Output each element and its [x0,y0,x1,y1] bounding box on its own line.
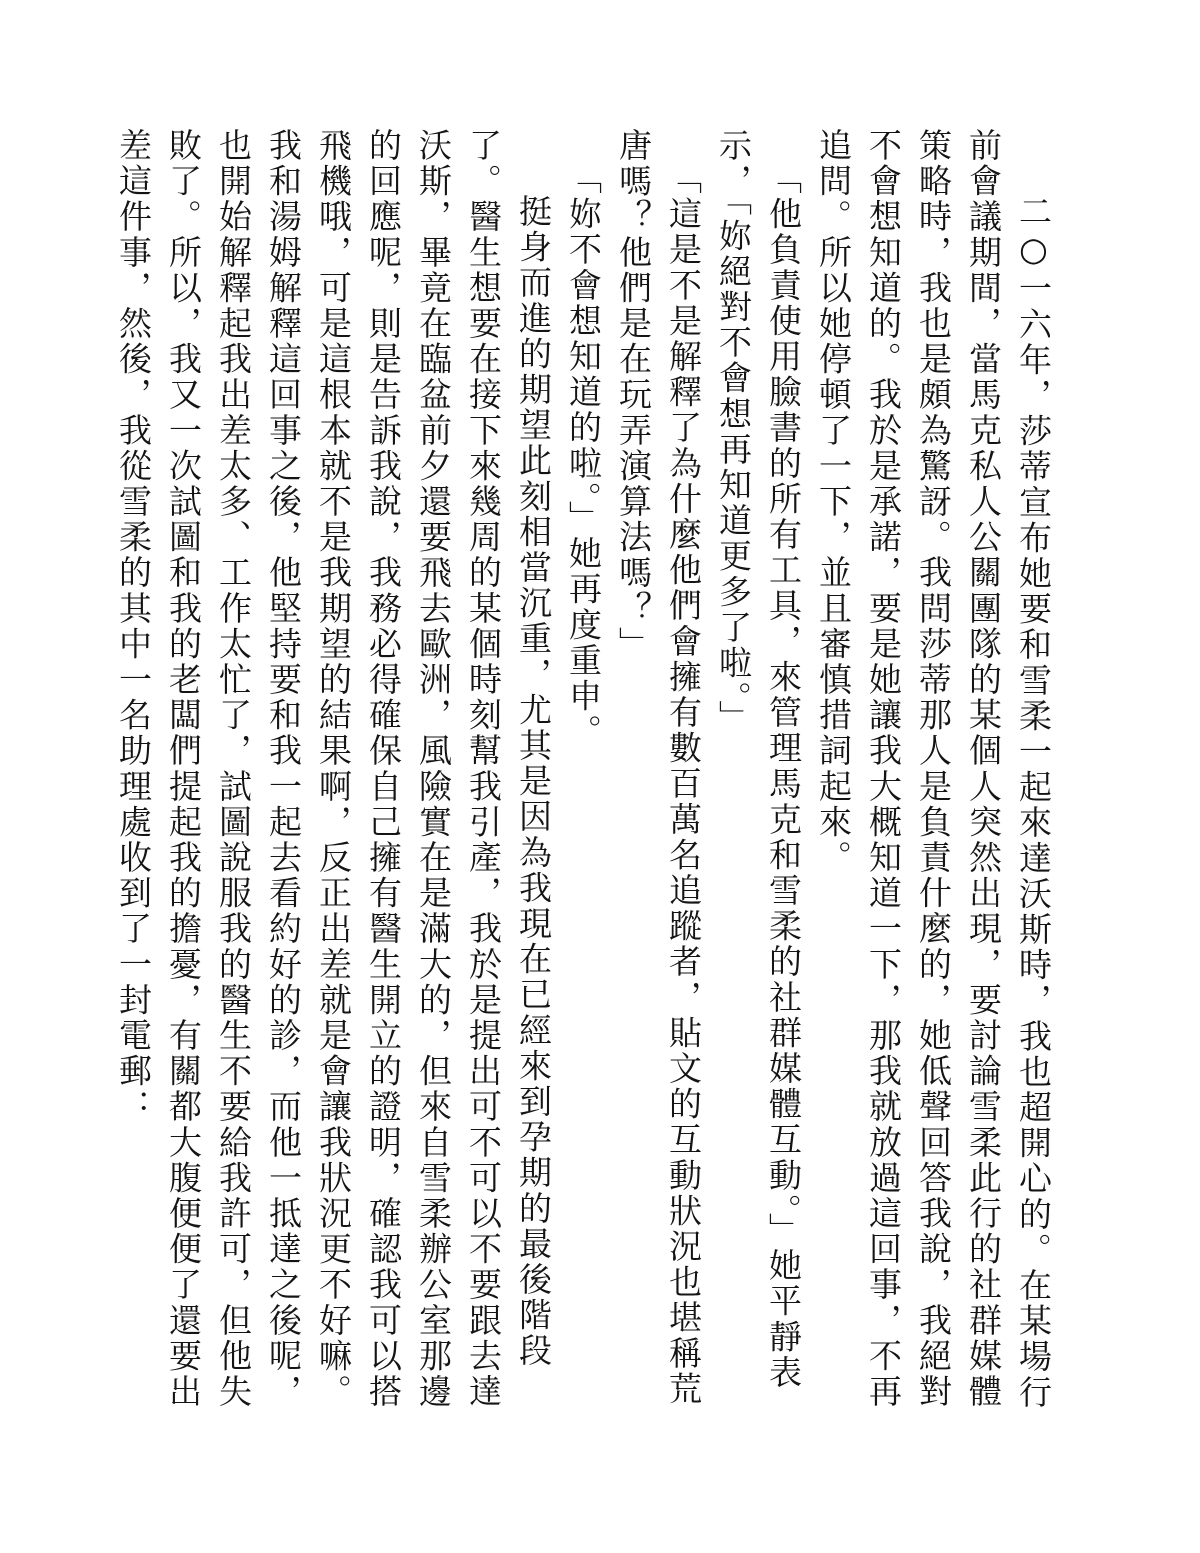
paragraph-quote-algorithm-question: 「這是不是解釋了為什麼他們會擁有數百萬名追蹤者，貼文的互動狀況也堪稱荒唐嗎？他們… [608,128,708,1418]
paragraph-quote-facebook-tools: 「他負責使用臉書的所有工具，來管理馬克和雪柔的社群媒體互動。」她平靜表示，「妳絕… [708,128,808,1418]
paragraph-davos-announcement: 二○一六年，莎蒂宣布她要和雪柔一起來達沃斯時，我也超開心的。在某場行前會議期間，… [808,128,1058,1418]
book-page: 二○一六年，莎蒂宣布她要和雪柔一起來達沃斯時，我也超開心的。在某場行前會議期間，… [0,0,1200,1553]
paragraph-quote-reiterate: 「妳不會想知道的啦。」她再度重申。 [558,128,608,1418]
paragraph-pregnancy-travel: 挺身而進的期望此刻相當沉重，尤其是因為我現在已經來到孕期的最後階段了。醫生想要在… [108,128,558,1418]
vertical-text-body: 二○一六年，莎蒂宣布她要和雪柔一起來達沃斯時，我也超開心的。在某場行前會議期間，… [108,128,1058,1418]
